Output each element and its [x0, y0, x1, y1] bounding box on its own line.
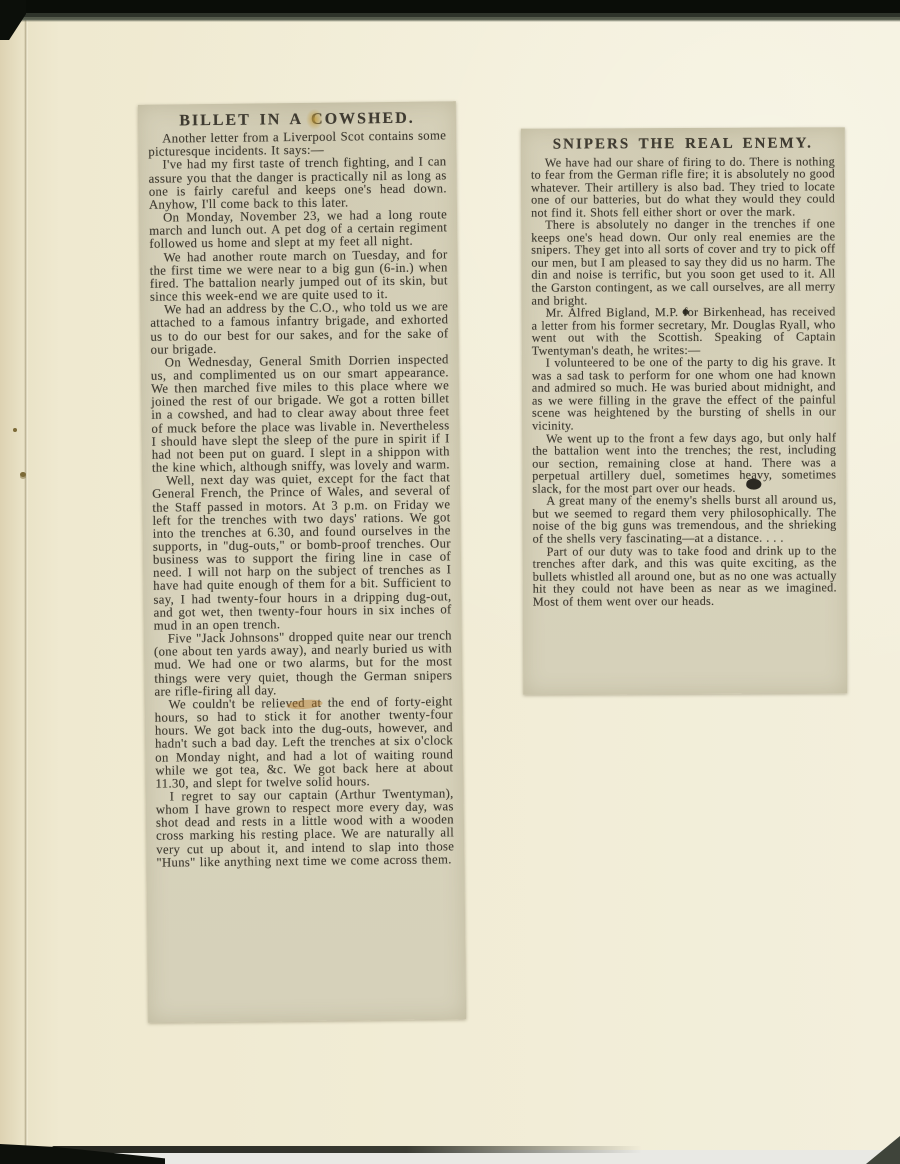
binding-stitch [20, 472, 26, 477]
clipping-paragraph: We had an address by the C.O., who told … [150, 301, 449, 357]
page-gutter-crease [24, 20, 28, 1150]
clipping-paragraph: We couldn't be relieved at the end of fo… [155, 695, 454, 790]
clipping-billet-in-a-cowshed: BILLET IN A COWSHED. Another letter from… [138, 101, 466, 1023]
clipping-paragraph: On Monday, November 23, we had a long ro… [149, 208, 447, 251]
clipping-paragraph: We have had our share of firing to do. T… [531, 155, 835, 219]
paper-stain [306, 109, 323, 130]
clipping-paragraph: I regret to say our captain (Arthur Twen… [156, 787, 455, 869]
clipping-paragraph: Well, next day was quiet, except for the… [152, 472, 452, 633]
ink-spot [683, 309, 689, 315]
clipping-title: SNIPERS THE REAL ENEMY. [531, 137, 835, 151]
album-cover-top-edge [0, 0, 900, 22]
clipping-body: Another letter from a Liverpool Scot con… [148, 129, 454, 869]
clipping-paragraph: We had another route march on Tuesday, a… [149, 248, 448, 304]
clipping-paragraph: A great many of the enemy's shells burst… [532, 494, 836, 546]
clipping-paragraph: There is absolutely no danger in the tre… [531, 218, 835, 307]
clipping-paragraph: Five "Jack Johnsons" dropped quite near … [154, 629, 453, 698]
clipping-paragraph: We went up to the front a few days ago, … [532, 431, 836, 495]
clipping-paragraph: On Wednesday, General Smith Dorrien insp… [151, 353, 450, 475]
album-cover-bottom-edge [52, 1146, 642, 1153]
paper-speck [13, 428, 17, 432]
clipping-paragraph: I've had my first taste of trench fighti… [148, 156, 447, 212]
clipping-paragraph: I volunteered to be one of the party to … [532, 356, 836, 433]
scrapbook-scan: BILLET IN A COWSHED. Another letter from… [0, 0, 900, 1164]
scrapbook-page: BILLET IN A COWSHED. Another letter from… [0, 20, 900, 1150]
clipping-body: We have had our share of firing to do. T… [531, 155, 837, 608]
clipping-title: BILLET IN A COWSHED. [148, 111, 446, 128]
clipping-paragraph: Part of our duty was to take food and dr… [533, 544, 837, 608]
clipping-snipers-the-real-enemy: SNIPERS THE REAL ENEMY. We have had our … [521, 127, 847, 694]
